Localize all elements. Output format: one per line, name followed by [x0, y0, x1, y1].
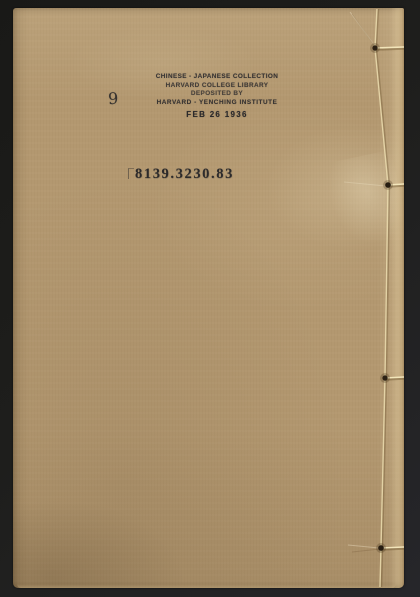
stamp-line-library: HARVARD COLLEGE LIBRARY — [137, 82, 297, 91]
library-stamp: CHINESE - JAPANESE COLLECTION HARVARD CO… — [137, 73, 297, 120]
date-stamp: FEB 26 1936 — [137, 110, 297, 120]
page-edge-highlight — [17, 584, 396, 588]
stamp-line-institute: HARVARD - YENCHING INSTITUTE — [137, 99, 297, 108]
stamp-bracket-mark — [128, 168, 134, 179]
stamp-line-collection: CHINESE - JAPANESE COLLECTION — [137, 73, 297, 82]
page-edge-highlight — [390, 8, 404, 588]
call-number-stamp: 8139.3230.83 — [128, 166, 234, 183]
page-number-annotation: 9 — [108, 89, 119, 108]
stamp-line-deposited-by: DEPOSITED BY — [137, 90, 297, 99]
call-number-text: 8139.3230.83 — [135, 166, 234, 182]
